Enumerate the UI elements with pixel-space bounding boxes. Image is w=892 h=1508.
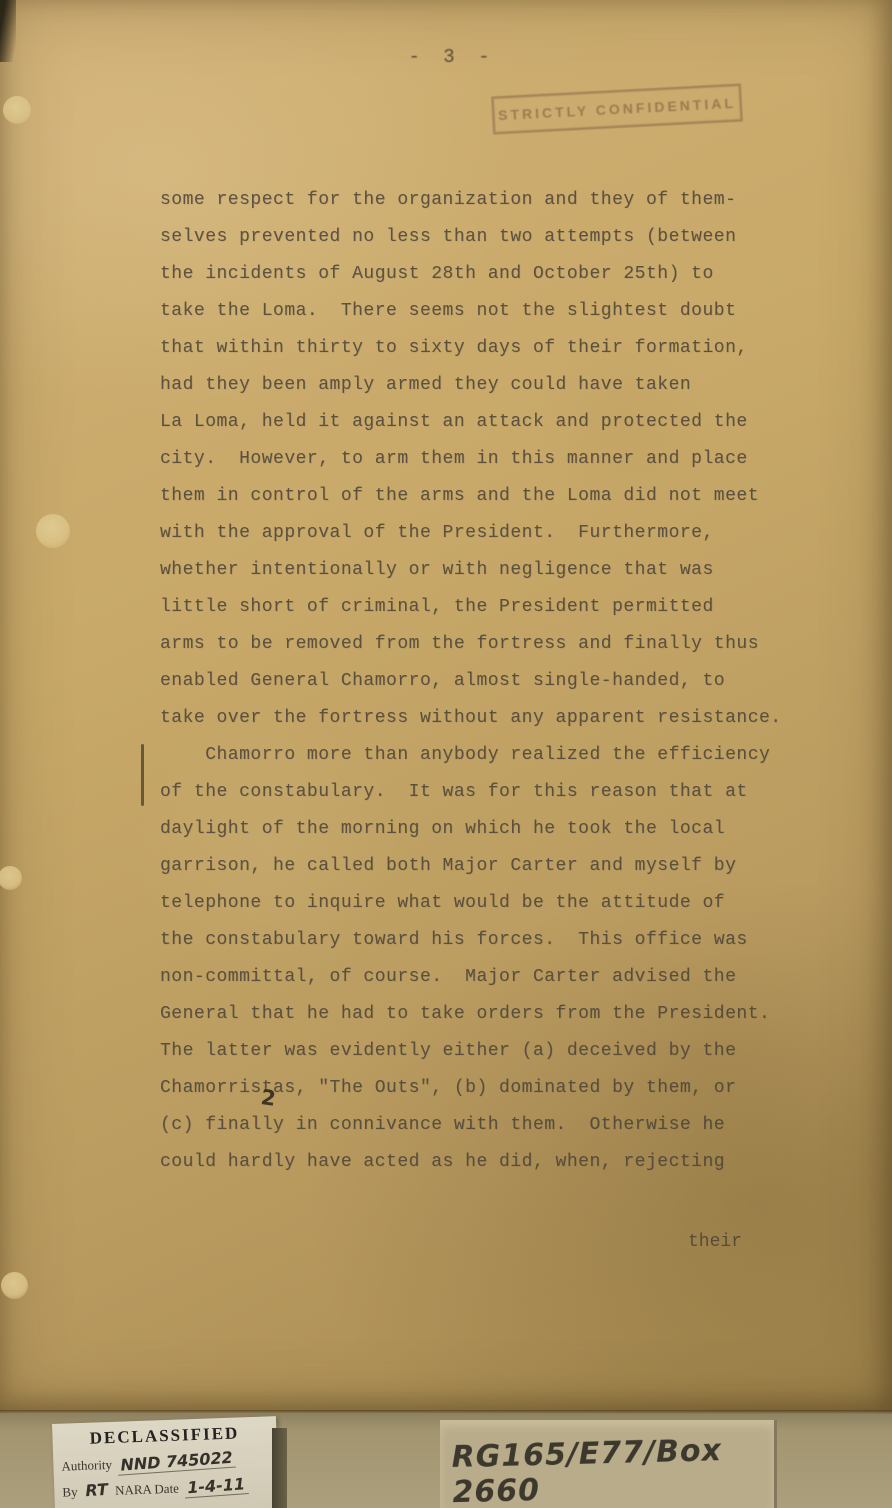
- typed-line: daylight of the morning on which he took…: [160, 811, 780, 848]
- archive-annotation: RG165/E77/Box 2660: [451, 1432, 773, 1508]
- typed-line: Chamorro more than anybody realized the …: [160, 737, 780, 774]
- by-label: By: [62, 1484, 78, 1501]
- typed-line: telephone to inquire what would be the a…: [160, 885, 780, 922]
- typed-line: could hardly have acted as he did, when,…: [160, 1144, 780, 1181]
- sticker-edge-shadow: [272, 1428, 287, 1508]
- typed-line: the incidents of August 28th and October…: [160, 256, 780, 293]
- document-scan: - 3 - STRICTLY CONFIDENTIAL some respect…: [0, 0, 892, 1508]
- punch-hole: [1, 1272, 28, 1299]
- confidential-stamp-text: STRICTLY CONFIDENTIAL: [498, 95, 737, 123]
- typed-line: enabled General Chamorro, almost single-…: [160, 663, 780, 700]
- typed-line: of the constabulary. It was for this rea…: [160, 774, 780, 811]
- typed-line: take the Loma. There seems not the sligh…: [160, 293, 780, 330]
- typed-line: non-committal, of course. Major Carter a…: [160, 959, 780, 996]
- authority-label: Authority: [61, 1457, 112, 1475]
- typed-line: with the approval of the President. Furt…: [160, 515, 780, 552]
- catchword: their: [688, 1232, 742, 1252]
- typed-line: them in control of the arms and the Loma…: [160, 478, 780, 515]
- typed-line: whether intentionally or with negligence…: [160, 552, 780, 589]
- declassified-sticker: DECLASSIFIED Authority NND 745022 By RT …: [52, 1416, 279, 1508]
- typed-line: Chamorristas, "The Outs", (b) dominated …: [160, 1070, 780, 1107]
- scan-corner-shadow: [0, 0, 16, 62]
- typed-line: had they been amply armed they could hav…: [160, 367, 780, 404]
- typed-line: the constabulary toward his forces. This…: [160, 922, 780, 959]
- typed-line: some respect for the organization and th…: [160, 182, 780, 219]
- authority-value-handwritten: NND 745022: [116, 1448, 236, 1476]
- by-date-row: By RT NARA Date 1-4-11: [62, 1474, 271, 1501]
- typed-line: city. However, to arm them in this manne…: [160, 441, 780, 478]
- by-initials-handwritten: RT: [82, 1480, 112, 1501]
- page-bottom-edge: [0, 1410, 892, 1414]
- punch-hole: [36, 514, 70, 548]
- typed-line: La Loma, held it against an attack and p…: [160, 404, 780, 441]
- typed-line: (c) finally in connivance with them. Oth…: [160, 1107, 780, 1144]
- typed-line: garrison, he called both Major Carter an…: [160, 848, 780, 885]
- page-number: - 3 -: [372, 46, 532, 68]
- declassified-title: DECLASSIFIED: [60, 1422, 269, 1449]
- typed-line: arms to be removed from the fortress and…: [160, 626, 780, 663]
- typed-line: take over the fortress without any appar…: [160, 700, 780, 737]
- margin-pen-mark: [141, 744, 144, 806]
- nara-date-value-handwritten: 1-4-11: [183, 1474, 248, 1498]
- typed-line: General that he had to take orders from …: [160, 996, 780, 1033]
- authority-row: Authority NND 745022: [61, 1448, 270, 1475]
- nara-date-label: NARA Date: [115, 1481, 179, 1499]
- typed-line: The latter was evidently either (a) dece…: [160, 1033, 780, 1070]
- typed-text-block: some respect for the organization and th…: [160, 182, 780, 1181]
- typed-line: selves prevented no less than two attemp…: [160, 219, 780, 256]
- typed-line: little short of criminal, the President …: [160, 589, 780, 626]
- typed-line: that within thirty to sixty days of thei…: [160, 330, 780, 367]
- punch-hole: [3, 96, 31, 124]
